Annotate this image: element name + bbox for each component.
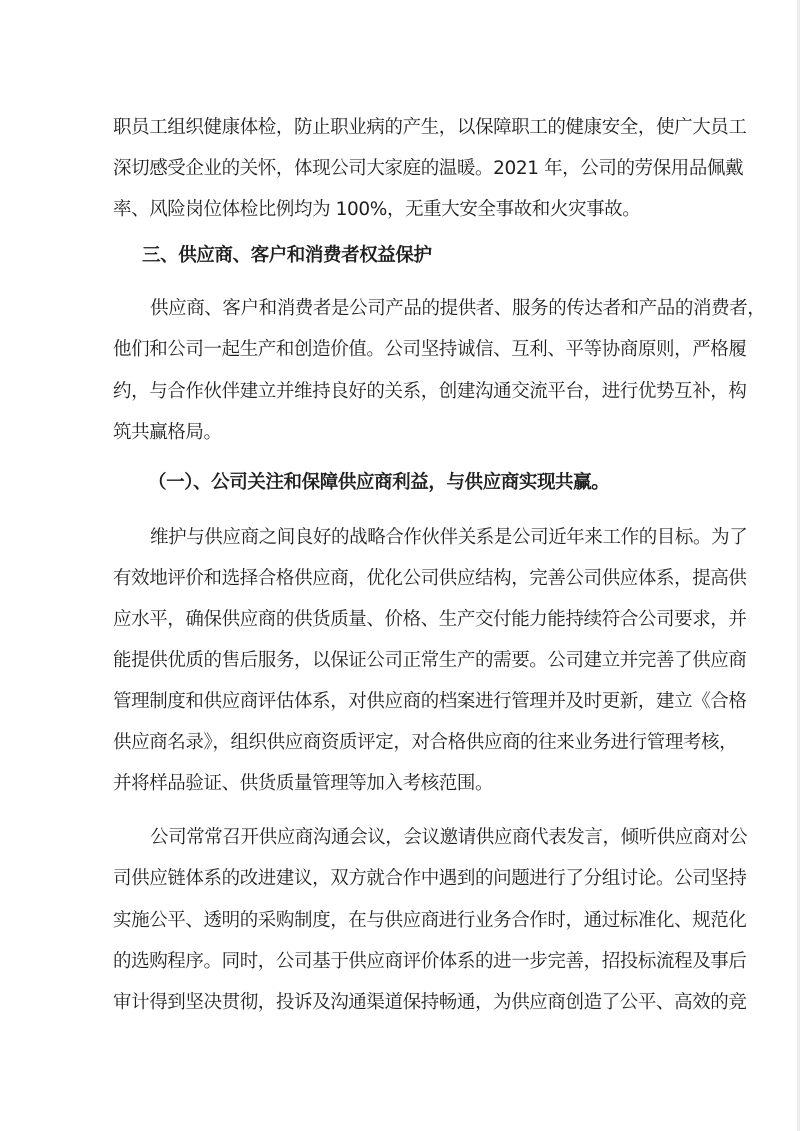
body-line: 率、风险岗位体检比例均为 100%，无重大安全事故和火灾事故。 <box>113 198 673 222</box>
body-line: 职员工组织健康体检，防止职业病的产生，以保障职工的健康安全，使广大员工 <box>113 116 673 140</box>
body-line: 深切感受企业的关怀，体现公司大家庭的温暖。2021 年，公司的劳保用品佩戴 <box>113 157 673 181</box>
body-line: 管理制度和供应商评估体系，对供应商的档案进行管理并及时更新，建立《合格 <box>113 690 673 714</box>
body-line: 的选购程序。同时，公司基于供应商评价体系的进一步完善，招投标流程及事后 <box>113 950 673 974</box>
subsection-heading: （一）、公司关注和保障供应商利益，与供应商实现共赢。 <box>148 471 708 495</box>
body-line: 供应商、客户和消费者是公司产品的提供者、服务的传达者和产品的消费者， <box>150 297 673 321</box>
body-line: 筑共赢格局。 <box>113 421 673 445</box>
body-line: 有效地评价和选择合格供应商，优化公司供应结构，完善公司供应体系，提高供 <box>113 567 673 591</box>
body-line: 能提供优质的售后服务，以保证公司正常生产的需要。公司建立并完善了供应商 <box>113 649 673 673</box>
body-line: 应水平，确保供应商的供货质量、价格、生产交付能力能持续符合公司要求，并 <box>113 608 673 632</box>
body-line: 审计得到坚决贯彻，投诉及沟通渠道保持畅通，为供应商创造了公平、高效的竞 <box>113 991 673 1015</box>
body-line: 供应商名录》，组织供应商资质评定，对合格供应商的往来业务进行管理考核， <box>113 731 673 755</box>
section-heading: 三、供应商、客户和消费者权益保护 <box>142 244 702 268</box>
body-line: 公司常常召开供应商沟通会议，会议邀请供应商代表发言，倾听供应商对公 <box>150 826 673 850</box>
body-line: 维护与供应商之间良好的战略合作伙伴关系是公司近年来工作的目标。为了 <box>150 526 673 550</box>
body-line: 并将样品验证、供货质量管理等加入考核范围。 <box>113 772 673 796</box>
body-line: 约，与合作伙伴建立并维持良好的关系，创建沟通交流平台，进行优势互补，构 <box>113 380 673 404</box>
body-line: 司供应链体系的改进建议，双方就合作中遇到的问题进行了分组讨论。公司坚持 <box>113 867 673 891</box>
body-line: 他们和公司一起生产和创造价值。公司坚持诚信、互利、平等协商原则，严格履 <box>113 338 673 362</box>
body-line: 实施公平、透明的采购制度，在与供应商进行业务合作时，通过标准化、规范化 <box>113 909 673 933</box>
